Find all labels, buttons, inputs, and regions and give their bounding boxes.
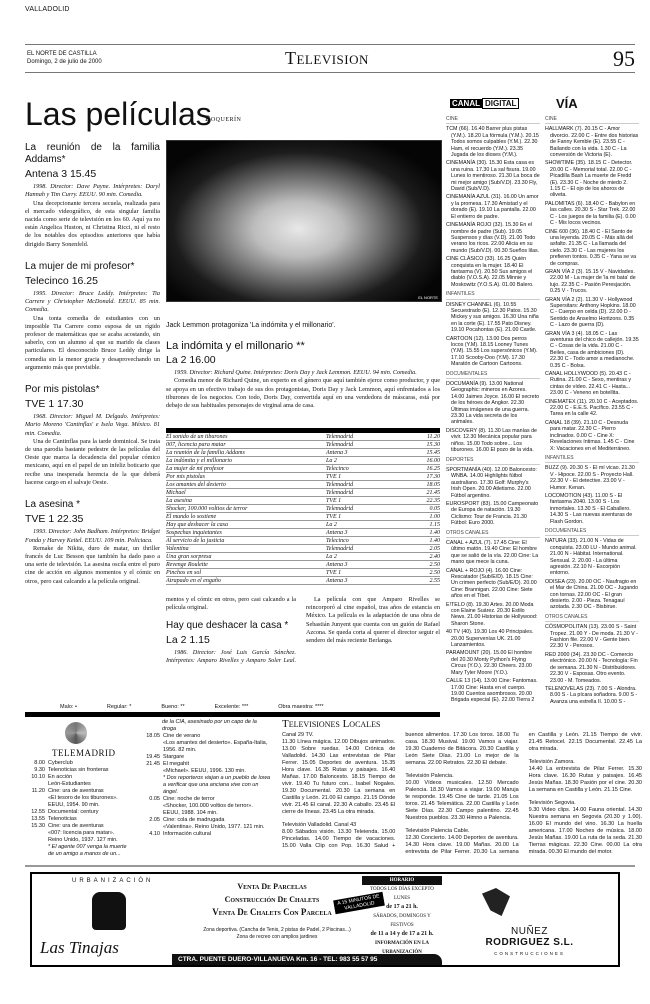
station-name: Televisión Segovia. xyxy=(529,800,642,807)
local-station: Televisión Palencia.10.00 Vídeos musical… xyxy=(405,773,518,822)
schedule-channel: La 2 xyxy=(326,553,406,560)
program-time: 10.10 xyxy=(25,774,45,788)
locales-heading: Televisiones Locales xyxy=(282,718,380,730)
program-detail: «El tesoro de los tiburones». EEUU, 1954… xyxy=(48,795,130,809)
locales-listings: Canal 29 TV.11.30 Línea mágica. 12.00 Di… xyxy=(282,732,642,862)
channel-listing: CINEMANÍA ROJO (32). 15.30 En el nombre … xyxy=(446,222,540,254)
movie-meta: 1998. Director: Dave Payne. Intérpretes:… xyxy=(25,183,160,199)
telemadrid-title: TELEMADRID xyxy=(52,748,116,758)
listing-section-header: CINE xyxy=(545,116,639,124)
program-detail: * El agente 007 venga la muerte de un am… xyxy=(48,844,130,858)
schedule-channel: Antena 3 xyxy=(326,561,406,568)
rating-excelente: Excelente: *** xyxy=(215,704,249,710)
schedule-channel: Telemadrid xyxy=(326,489,406,496)
program-time: 11.20 xyxy=(25,788,45,809)
program-time: 15.30 xyxy=(25,823,45,858)
station-name: Televisión Palencia. xyxy=(405,773,518,780)
page-number: 95 xyxy=(613,46,635,72)
channel-listing: TCM (66). 16.40 Barrer plus pistas (Y.M.… xyxy=(446,126,540,158)
program-row: 21.45El megahit«Michael». EEUU, 1996. 13… xyxy=(140,761,270,796)
station-schedule: 14.40 La entrevista de Pilar Ferrer. 15.… xyxy=(529,766,642,794)
ad-brand-right: NUÑEZRODRIGUEZ S.L. CONSTRUCCIONES xyxy=(442,926,617,959)
schedule-channel: TVE 1 xyxy=(326,569,406,576)
schedule-time: 21.45 xyxy=(406,489,440,496)
schedule-title: 007, licencia para matar xyxy=(166,441,326,448)
listing-section-header: INFANTILES xyxy=(446,291,540,299)
schedule-time: 2.55 xyxy=(406,577,440,584)
channel-listing: DOCUMANÍA (9). 13.00 National Geographic… xyxy=(446,381,540,426)
listing-section-header: OTROS CANALES xyxy=(446,530,540,538)
station-schedule: 9.30 Video clips. 14.00 Fauna oriental. … xyxy=(529,807,642,856)
program-row: 19.45Stargare xyxy=(140,754,270,761)
program-time: 9.30 xyxy=(25,767,45,774)
schedule-channel: Telemadrid xyxy=(326,505,406,512)
program-title: En acción xyxy=(48,774,91,781)
schedule-row: La asesinaTVE 122.35 xyxy=(166,497,440,505)
channel-listing: CANAL HOLLYWOOD (5). 20.43 C - Rutina. 2… xyxy=(545,371,639,397)
footer-divider xyxy=(25,865,635,867)
movie-channel: Telecinco 16.25 xyxy=(25,277,160,285)
movie-title: Por mis pistolas* xyxy=(25,384,160,396)
channel-listing: RED 2000 (34). 23.30 DC - Comercio elect… xyxy=(545,652,639,684)
schedule-row: Los amantes del desiertoTelemadrid18.05 xyxy=(166,481,440,489)
movie-meta: 1959. Director: Richard Quine. Intérpret… xyxy=(166,369,440,377)
schedule-row: La reunión de la familia AddamsAntena 31… xyxy=(166,449,440,457)
schedule-time: 16.25 xyxy=(406,465,440,472)
schedule-time: 18.05 xyxy=(406,481,440,488)
program-row: 12.55Documental: century xyxy=(25,809,130,816)
station-name: Televisión Valladolid. Canal 43 xyxy=(282,822,395,829)
channel-listing: CANAL 18 (39). 21.10 C - Desnuda para ma… xyxy=(545,420,639,452)
movie-title: La asesina * xyxy=(25,499,160,511)
movies-left-column: La reunión de la familia Addams* Antena … xyxy=(25,136,160,603)
movie-channel: Antena 3 15.45 xyxy=(25,170,160,178)
movie-feature: La indómita y el millonario ** La 2 16.0… xyxy=(166,334,440,410)
station-schedule: 10.00 Vídeos musicales. 12.50 Mercado Pa… xyxy=(405,780,518,822)
program-row: 13.55Telenoticias xyxy=(25,816,130,823)
schedule-title: Pinchos en sol xyxy=(166,569,326,576)
schedule-channel: Telemadrid xyxy=(326,441,406,448)
program-row: 11.20Cine: ura de aventuras«El tesoro de… xyxy=(25,788,130,809)
program-time: 0.05 xyxy=(140,796,160,817)
movie-channel: La 2 1.15 xyxy=(166,636,296,644)
ratings-legend: Malo: • Regular: * Bueno: ** Excelente: … xyxy=(60,704,440,710)
section-divider xyxy=(25,712,440,717)
schedule-channel: Telemadrid xyxy=(326,545,406,552)
schedule-time: 11.20 xyxy=(406,433,440,440)
program-title: Telenoticias sin fronteras xyxy=(48,767,109,774)
canal-digital-logo: CANALDIGITAL xyxy=(450,99,519,108)
schedule-channel: TVE 1 xyxy=(326,473,406,480)
channel-listing: BUZZ (9). 20.30 S - El mí vicao. 21.30 V… xyxy=(545,465,639,491)
program-row: 2.05Cine: cola de madrugada«Valentina». … xyxy=(140,817,270,831)
program-row: 9.30Telenoticias sin fronteras xyxy=(25,767,130,774)
schedule-channel: TVE 1 xyxy=(326,513,406,520)
movie-entry: Por mis pistolas* TVE 1 17.30 1968. Dire… xyxy=(25,384,160,487)
program-row: 10.10En acciónLeón-Estudiantes xyxy=(25,774,130,788)
channel-listing: GRAN VÍA 2 (2). 11.30 V - Hollywood Supe… xyxy=(545,297,639,329)
program-title: Documental: century xyxy=(48,809,98,816)
channel-listing: SHOWTIME (35). 18.15 C - Detector. 20.00… xyxy=(545,160,639,198)
schedule-title: Sospechas inquietantes xyxy=(166,529,326,536)
schedule-title: La reunión de la familia Addams xyxy=(166,449,326,456)
channel-listing: CINEMATEX (11). 20.10 C - Aceptados. 22.… xyxy=(545,399,639,418)
channel-listing: CANAL + ROJO (4). 16.00 Cine: Rescatador… xyxy=(446,568,540,600)
photo-jack-lemmon xyxy=(166,140,442,302)
channel-listing: PALOMITAS (6). 18.40 C - Babylon en las … xyxy=(545,201,639,227)
program-title: Información cultural xyxy=(163,831,211,838)
telemadrid-continued: de la CIA, asesinado por un capo de la d… xyxy=(140,719,270,733)
channel-listing: DISCOVERY (8). 11.30 Las manías de vivir… xyxy=(446,428,540,454)
program-title: Cine de verano xyxy=(163,733,270,740)
movie-review: Una de Cantinflas para la tarde dominica… xyxy=(25,438,160,487)
movie-review: Una tonta comedia de estudiantes con un … xyxy=(25,315,160,372)
schedule-title: Una gran sorpresa xyxy=(166,553,326,560)
schedule-time: 2.05 xyxy=(406,545,440,552)
movie-channel: TVE 1 22.35 xyxy=(25,515,160,523)
program-title: Cine: ura de aventuras xyxy=(48,823,130,830)
schedule-title: La indómita y el millonario xyxy=(166,457,326,464)
photo-caption: Jack Lemmon protagoniza 'La indómita y e… xyxy=(166,322,336,329)
program-detail: «007: licencia para matar». Reino Unido,… xyxy=(48,830,130,844)
ad-features: Zona deportiva. (Cancha de Tenis, 2 pist… xyxy=(177,927,377,941)
channel-listing: DISNEY CHANNEL (6). 10.55 Secuestrado (E… xyxy=(446,302,540,334)
schedule-row: Shocker, 100.000 voltios de terrorTelema… xyxy=(166,505,440,513)
ad-brand-left: Las Tinajas xyxy=(40,938,119,958)
channel-listing: 40 TV (40). 19.30 Los 40 Principales. 20… xyxy=(446,629,540,648)
channel-listing: CANAL + AZUL (7). 17.45 Cine: El último … xyxy=(446,540,540,566)
listing-section-header: DOCUMENTALES xyxy=(545,528,639,536)
channel-listing: TELENOVELAS (23). 7.00 S - Alondra. 8.00… xyxy=(545,686,639,703)
schedule-title: Michael xyxy=(166,489,326,496)
movie-entry: mentos y el cómic en otros, pero casi ca… xyxy=(166,596,296,665)
via-digital-logo: VÍA xyxy=(556,96,578,111)
schedule-time: 0.05 xyxy=(406,505,440,512)
schedule-channel: Antena 3 xyxy=(326,529,406,536)
schedule-time: 1.15 xyxy=(406,521,440,528)
schedule-title: Shocker, 100.000 voltios de terror xyxy=(166,505,326,512)
program-row: 4.10Información cultural xyxy=(140,831,270,838)
jar-icon xyxy=(92,892,126,930)
movie-review: Una decepcionante tercera secuela, reali… xyxy=(25,200,160,249)
listing-section-header: INFANTILES xyxy=(545,455,639,463)
channel-listing: SPORTMANÍA (40). 12.00 Baloncesto: WNBA.… xyxy=(446,467,540,499)
schedule-row: Pinchos en solTVE 12.50 xyxy=(166,569,440,577)
schedule-title: El mundo lo sostiene xyxy=(166,513,326,520)
channel-listing: HALLMARK (7). 20.15 C - Amor divorcio. 2… xyxy=(545,126,639,158)
channel-listing: CALLE 13 (14). 13.00 Cine: Fantomas. 17.… xyxy=(446,678,540,703)
masthead-left: EL NORTE DE CASTILLA Domingo, 2 de julio… xyxy=(27,50,102,66)
schedule-time: 2.40 xyxy=(406,553,440,560)
program-title: Telenoticias xyxy=(48,816,77,823)
channel-listing: NATURA (33). 21.00 N - Vidas de conquist… xyxy=(545,538,639,576)
program-row: 8.00Cyberclub xyxy=(25,760,130,767)
schedule-row: La indómita y el millonarioLa 216.00 xyxy=(166,457,440,465)
program-detail: * Dos reporteros viajan a un pueblo de I… xyxy=(163,775,270,796)
program-detail: «Los amantes del desierto». España-Itali… xyxy=(163,740,270,754)
program-time: 4.10 xyxy=(140,831,160,838)
movie-title: Hay que deshacer la casa * xyxy=(166,620,296,632)
schedule-row: ValentinaTelemadrid2.05 xyxy=(166,545,440,553)
channel-listing: CINEMANÍA AZUL (31). 16.00 Un amor y la … xyxy=(446,194,540,220)
city-label: VALLADOLID xyxy=(25,6,70,13)
schedule-time: 1.40 xyxy=(406,537,440,544)
schedule-title: Atrapado en el engaño xyxy=(166,577,326,584)
listing-section-header: DOCUMENTALES xyxy=(446,371,540,379)
schedule-row: La mujer de mi profesorTelecinco16.25 xyxy=(166,465,440,473)
listing-section-header: DEPORTES xyxy=(446,457,540,465)
schedule-channel: Antena 3 xyxy=(326,577,406,584)
schedule-title: La asesina xyxy=(166,497,326,504)
section-title: Television xyxy=(285,48,369,69)
program-time: 18.05 xyxy=(140,733,160,754)
program-title: Stargare xyxy=(163,754,184,761)
program-time: 21.45 xyxy=(140,761,160,796)
byline: Boquerín xyxy=(205,114,241,123)
channel-listing: ODISEA (23). 20.00 OC - Naufragio en el … xyxy=(545,579,639,611)
station-name: Canal 29 TV. xyxy=(282,732,395,739)
canal-digital-listings: CINETCM (66). 16.40 Barrer plus pistas (… xyxy=(446,113,540,703)
schedule-row: El mundo lo sostieneTVE 11.00 xyxy=(166,513,440,521)
schedule-table: El sonido de un tiburonesTelemadrid11.20… xyxy=(166,428,440,585)
schedule-title: La mujer de mi profesor xyxy=(166,465,326,472)
schedule-channel: Telecinco xyxy=(326,537,406,544)
schedule-title: Hay que deshacer la casa xyxy=(166,521,326,528)
movie-review-continued: mentos y el cómic en otros, pero casi ca… xyxy=(166,596,296,614)
movie-entry: La asesina * TVE 1 22.35 1993. Director:… xyxy=(25,499,160,603)
movie-review: Remake de Nikita, duro de matar, un thri… xyxy=(25,545,160,603)
program-row: 15.30Cine: ura de aventuras«007: licenci… xyxy=(25,823,130,858)
schedule-title: El sonido de un tiburones xyxy=(166,433,326,440)
channel-listing: PARAMOUNT (20). 15.00 El hombre del 20.3… xyxy=(446,650,540,676)
movie-title: La reunión de la familia Addams* xyxy=(25,142,160,166)
schedule-row: Una gran sorpresaLa 22.40 xyxy=(166,553,440,561)
schedule-channel: Telemadrid xyxy=(326,433,406,440)
program-time: 13.55 xyxy=(25,816,45,823)
movie-entry: La reunión de la familia Addams* Antena … xyxy=(25,142,160,249)
schedule-row: Al servicio de la justiciaTelecinco1.40 xyxy=(166,537,440,545)
rating-bueno: Bueno: ** xyxy=(161,704,184,710)
photo-credit: EL NORTE xyxy=(418,295,438,300)
program-detail: «Valentina». Reino Unido, 1977. 121 min. xyxy=(163,824,264,831)
issue-date: Domingo, 2 de julio de 2000 xyxy=(27,58,102,66)
telemadrid-logo-icon xyxy=(65,722,87,744)
program-detail: León-Estudiantes xyxy=(48,781,91,788)
schedule-time: 2.50 xyxy=(406,561,440,568)
movie-review: La película con que Amparo Rivelles se r… xyxy=(306,596,440,645)
program-time: 2.05 xyxy=(140,817,160,831)
paper-name: EL NORTE DE CASTILLA xyxy=(27,50,102,58)
program-title: Cine: ura de aventuras xyxy=(48,788,130,795)
schedule-row: Sospechas inquietantesAntena 31.40 xyxy=(166,529,440,537)
rating-malo: Malo: • xyxy=(60,704,77,710)
program-title: Cine: cola de madrugada xyxy=(163,817,264,824)
movie-meta: 1968. Director: Miguel M. Delgado. Intér… xyxy=(25,413,160,438)
schedule-time: 2.50 xyxy=(406,569,440,576)
rating-obra-maestra: Obra maestra: **** xyxy=(278,704,323,710)
program-title: El megahit xyxy=(163,761,270,768)
movie-channel: La 2 16.00 xyxy=(166,356,440,364)
schedule-time: 22.35 xyxy=(406,497,440,504)
schedule-row: Por mis pistolasTVE 117.30 xyxy=(166,473,440,481)
movie-meta: 1995. Director: Bruce Leddy. Intérpretes… xyxy=(25,290,160,315)
schedule-channel: Telemadrid xyxy=(326,481,406,488)
schedule-row: Revenge RouletteAntena 32.50 xyxy=(166,561,440,569)
via-digital-listings: CINEHALLMARK (7). 20.15 C - Amor divorci… xyxy=(545,113,639,703)
schedule-time: 17.30 xyxy=(406,473,440,480)
listing-section-header: CINE xyxy=(446,116,540,124)
telemadrid-schedule-2: de la CIA, asesinado por un capo de la d… xyxy=(140,719,270,838)
local-station: Televisión Zamora.14.40 La entrevista de… xyxy=(529,759,642,794)
station-name: Televisión Palencia Cable. xyxy=(405,828,518,835)
schedule-time: 15.30 xyxy=(406,441,440,448)
channel-listing: CINEMANÍA (30). 15.30 Esta casa es una r… xyxy=(446,160,540,192)
schedule-channel: La 2 xyxy=(326,521,406,528)
local-station: Canal 29 TV.11.30 Línea mágica. 12.00 Di… xyxy=(282,732,395,816)
schedule-title: Valentina xyxy=(166,545,326,552)
advertisement: URBANIZACIÓN Las Tinajas Venta De Parcel… xyxy=(30,872,620,967)
movie-meta: 1993. Director: John Badham. Intérpretes… xyxy=(25,528,160,544)
rating-regular: Regular: * xyxy=(107,704,131,710)
channel-listing: CARTOON (12). 13.00 Dos perros locos (Y.… xyxy=(446,336,540,368)
listing-section-header: OTROS CANALES xyxy=(545,614,639,622)
channel-listing: GRAN VÍA 2 (3). 15.15 V - Navidades. 22.… xyxy=(545,269,639,295)
masthead: EL NORTE DE CASTILLA Domingo, 2 de julio… xyxy=(25,44,635,73)
movie-title: La indómita y el millonario ** xyxy=(166,340,440,352)
program-time: 12.55 xyxy=(25,809,45,816)
program-title: Cine: noche de terror xyxy=(163,796,270,803)
schedule-channel: La 2 xyxy=(326,457,406,464)
schedule-title: Al servicio de la justicia xyxy=(166,537,326,544)
schedule-channel: Telecinco xyxy=(326,465,406,472)
program-time: 19.45 xyxy=(140,754,160,761)
schedule-time: 16.00 xyxy=(406,457,440,464)
schedule-title: Los amantes del desierto xyxy=(166,481,326,488)
movie-channel: TVE 1 17.30 xyxy=(25,400,160,408)
program-detail: «Shocker, 100.000 voltios de terror». EE… xyxy=(163,803,270,817)
program-row: 18.05Cine de verano«Los amantes del desi… xyxy=(140,733,270,754)
construction-logo-icon xyxy=(482,888,510,916)
schedule-time: 1.00 xyxy=(406,513,440,520)
local-station: Televisión Segovia.9.30 Video clips. 14.… xyxy=(529,800,642,856)
program-row: 0.05Cine: noche de terror«Shocker, 100.0… xyxy=(140,796,270,817)
channel-listing: CINE 600 (36). 18.40 C - El Santo de una… xyxy=(545,229,639,267)
channel-listing: E!TELO (8). 19.30 Artes. 20.00 Moda con … xyxy=(446,602,540,628)
schedule-row: Hay que deshacer la casaLa 21.15 xyxy=(166,521,440,529)
schedule-channel: TVE 1 xyxy=(326,497,406,504)
schedule-time: 1.40 xyxy=(406,529,440,536)
ad-arc-text: URBANIZACIÓN xyxy=(72,878,153,884)
movie-review-column: La película con que Amparo Rivelles se r… xyxy=(306,596,440,700)
schedule-row: El sonido de un tiburonesTelemadrid11.20 xyxy=(166,433,440,441)
schedule-channel: Antena 3 xyxy=(326,449,406,456)
channel-listing: EUROSPORT (83). 15.00 Campeonato de Euro… xyxy=(446,501,540,527)
program-title: Cyberclub xyxy=(48,760,73,767)
channel-listing: LOCOMOTION (43). 11.00 S - El fantasma 2… xyxy=(545,493,639,525)
schedule-title: Revenge Roulette xyxy=(166,561,326,568)
program-detail: «Michael». EEUU, 1996. 130 min. xyxy=(163,768,270,775)
schedule-row: MichaelTelemadrid21.45 xyxy=(166,489,440,497)
schedule-title: Por mis pistolas xyxy=(166,473,326,480)
schedule-time: 15.45 xyxy=(406,449,440,456)
program-time: 8.00 xyxy=(25,760,45,767)
schedule-row: Atrapado en el engañoAntena 32.55 xyxy=(166,577,440,585)
schedule-row: 007, licencia para matarTelemadrid15.30 xyxy=(166,441,440,449)
page-title: Las películas xyxy=(25,96,212,133)
station-schedule: 11.30 Línea mágica. 12.00 Dibujos animad… xyxy=(282,739,395,816)
channel-listing: CÓSMOPOLITAN (13). 23.00 S - Saint Trope… xyxy=(545,624,639,650)
movie-entry: La mujer de mi profesor* Telecinco 16.25… xyxy=(25,261,160,372)
telemadrid-schedule-1: 8.00Cyberclub9.30Telenoticias sin fronte… xyxy=(25,760,130,858)
movie-review: Comedia menor de Richard Quine, un exper… xyxy=(166,377,440,410)
movie-meta: 1986. Director: José Luis García Sánchez… xyxy=(166,649,296,665)
channel-listing: GRAN VÍA 3 (4). 18.05 C - Las aventuras … xyxy=(545,331,639,369)
movie-title: La mujer de mi profesor* xyxy=(25,261,160,273)
station-name: Televisión Zamora. xyxy=(529,759,642,766)
ad-hours: HORARIO TODOS LOS DÍAS EXCEPTO LUNESde 1… xyxy=(362,876,442,957)
channel-listing: CINE CLÁSICO (33). 16.25 Quién conquista… xyxy=(446,256,540,288)
